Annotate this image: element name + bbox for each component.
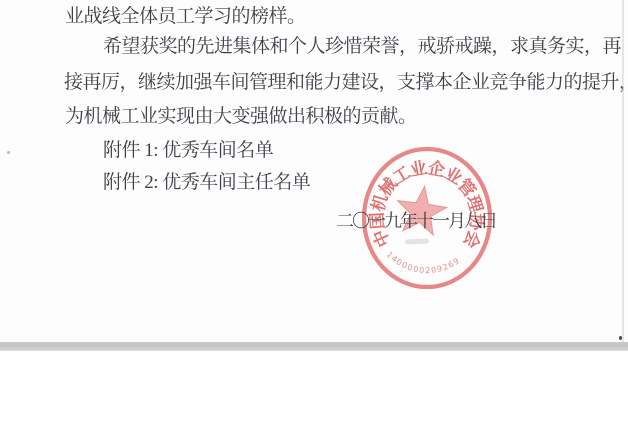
body-line-1: 业战线全体员工学习的榜样。 <box>65 6 306 28</box>
body-line-3: 接再厉，继续加强车间管理和能力建设，支撑本企业竞争能力的提升， <box>64 72 628 94</box>
svg-text:1400000209269: 1400000209269 <box>385 250 462 275</box>
attachment-line-2: 附件 2: 优秀车间主任名单 <box>103 172 310 194</box>
seal-serial-number: 1400000209269 <box>385 250 462 275</box>
attachment-line-1: 附件 1: 优秀车间名单 <box>103 140 273 162</box>
scan-speck <box>7 151 10 154</box>
scan-page-bottom-edge <box>0 342 628 351</box>
body-line-4: 为机械工业实现由大变强做出积极的贡献。 <box>65 106 417 128</box>
document-date: 二〇一九年十一月八日 <box>336 207 496 233</box>
scan-speck-corner <box>619 336 622 340</box>
scanned-document-page: 业战线全体员工学习的榜样。 希望获奖的先进集体和个人珍惜荣誉，戒骄戒躁，求真务实… <box>0 0 628 342</box>
scan-right-edge-line <box>622 0 624 342</box>
body-line-2: 希望获奖的先进集体和个人珍惜荣誉，戒骄戒躁，求真务实，再 <box>103 36 621 58</box>
